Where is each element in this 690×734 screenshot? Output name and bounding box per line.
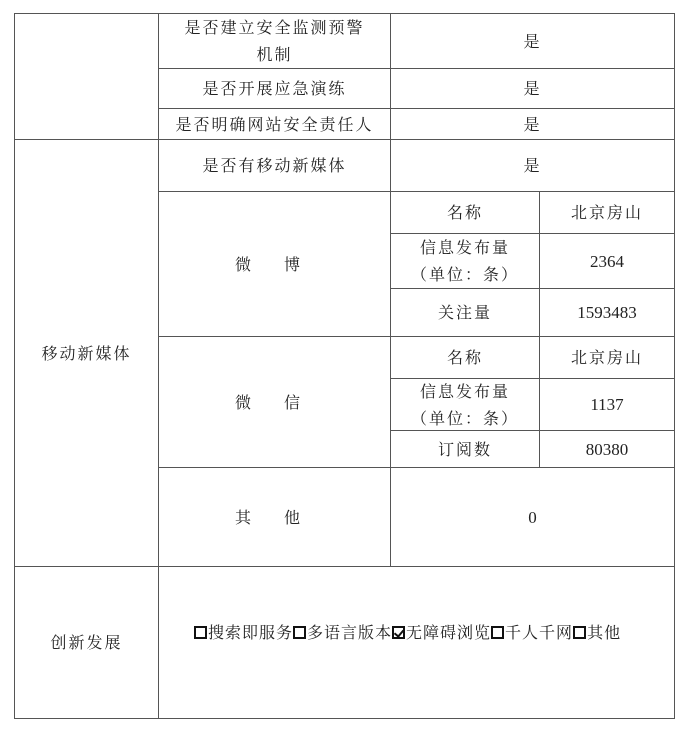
weibo-posts-label: 信息发布量 （单位：条） [390,233,540,289]
checkbox-checked-icon[interactable] [392,626,405,639]
emergency-drill-label: 是否开展应急演练 [158,68,391,109]
website-report-table: 是否建立安全监测预警 机制 是 是否开展应急演练 是 是否明确网站安全责任人 是… [14,13,675,719]
checkbox-unchecked-icon[interactable] [573,626,586,639]
wechat-name-label: 名称 [390,336,540,379]
wechat-subscribers-label: 订阅数 [390,430,540,468]
weibo-followers-value: 1593483 [539,288,675,337]
weibo-followers-label: 关注量 [390,288,540,337]
innovation-options: 搜索即服务 多语言版本 无障碍浏览 千人千网 其他 [194,619,621,646]
wechat-posts-label-line2: （单位：条） [411,405,519,432]
other-media-label: 其 他 [158,467,391,567]
option-multilingual[interactable]: 多语言版本 [293,619,392,646]
option-accessibility[interactable]: 无障碍浏览 [392,619,491,646]
checkbox-unchecked-icon[interactable] [194,626,207,639]
monitoring-warning-value: 是 [390,13,675,69]
other-media-value: 0 [390,467,675,567]
weibo-posts-label-line1: 信息发布量 [420,234,510,261]
innovation-section-label: 创新发展 [14,566,159,719]
weibo-posts-label-line2: （单位：条） [411,261,519,288]
monitoring-warning-label: 是否建立安全监测预警 机制 [158,13,391,69]
weibo-label: 微 博 [158,191,391,337]
wechat-label: 微 信 [158,336,391,468]
weibo-name-label: 名称 [390,191,540,234]
wechat-subscribers-value: 80380 [539,430,675,468]
checkbox-unchecked-icon[interactable] [491,626,504,639]
option-other[interactable]: 其他 [573,619,621,646]
monitoring-warning-label-line1: 是否建立安全监测预警 [184,14,364,41]
has-mobile-media-value: 是 [390,139,675,192]
has-mobile-media-label: 是否有移动新媒体 [158,139,391,192]
wechat-posts-label: 信息发布量 （单位：条） [390,378,540,431]
security-section-cell [14,13,159,140]
monitoring-warning-label-line2: 机制 [256,41,292,68]
emergency-drill-value: 是 [390,68,675,109]
innovation-options-cell: 搜索即服务 多语言版本 无障碍浏览 千人千网 其他 [158,566,675,719]
checkbox-unchecked-icon[interactable] [293,626,306,639]
option-personalized[interactable]: 千人千网 [491,619,573,646]
mobile-media-section-label: 移动新媒体 [14,139,159,567]
security-officer-value: 是 [390,108,675,140]
wechat-posts-value: 1137 [539,378,675,431]
wechat-posts-label-line1: 信息发布量 [420,378,510,405]
wechat-name-value: 北京房山 [539,336,675,379]
security-officer-label: 是否明确网站安全责任人 [158,108,391,140]
option-search-as-service[interactable]: 搜索即服务 [194,619,293,646]
weibo-name-value: 北京房山 [539,191,675,234]
weibo-posts-value: 2364 [539,233,675,289]
